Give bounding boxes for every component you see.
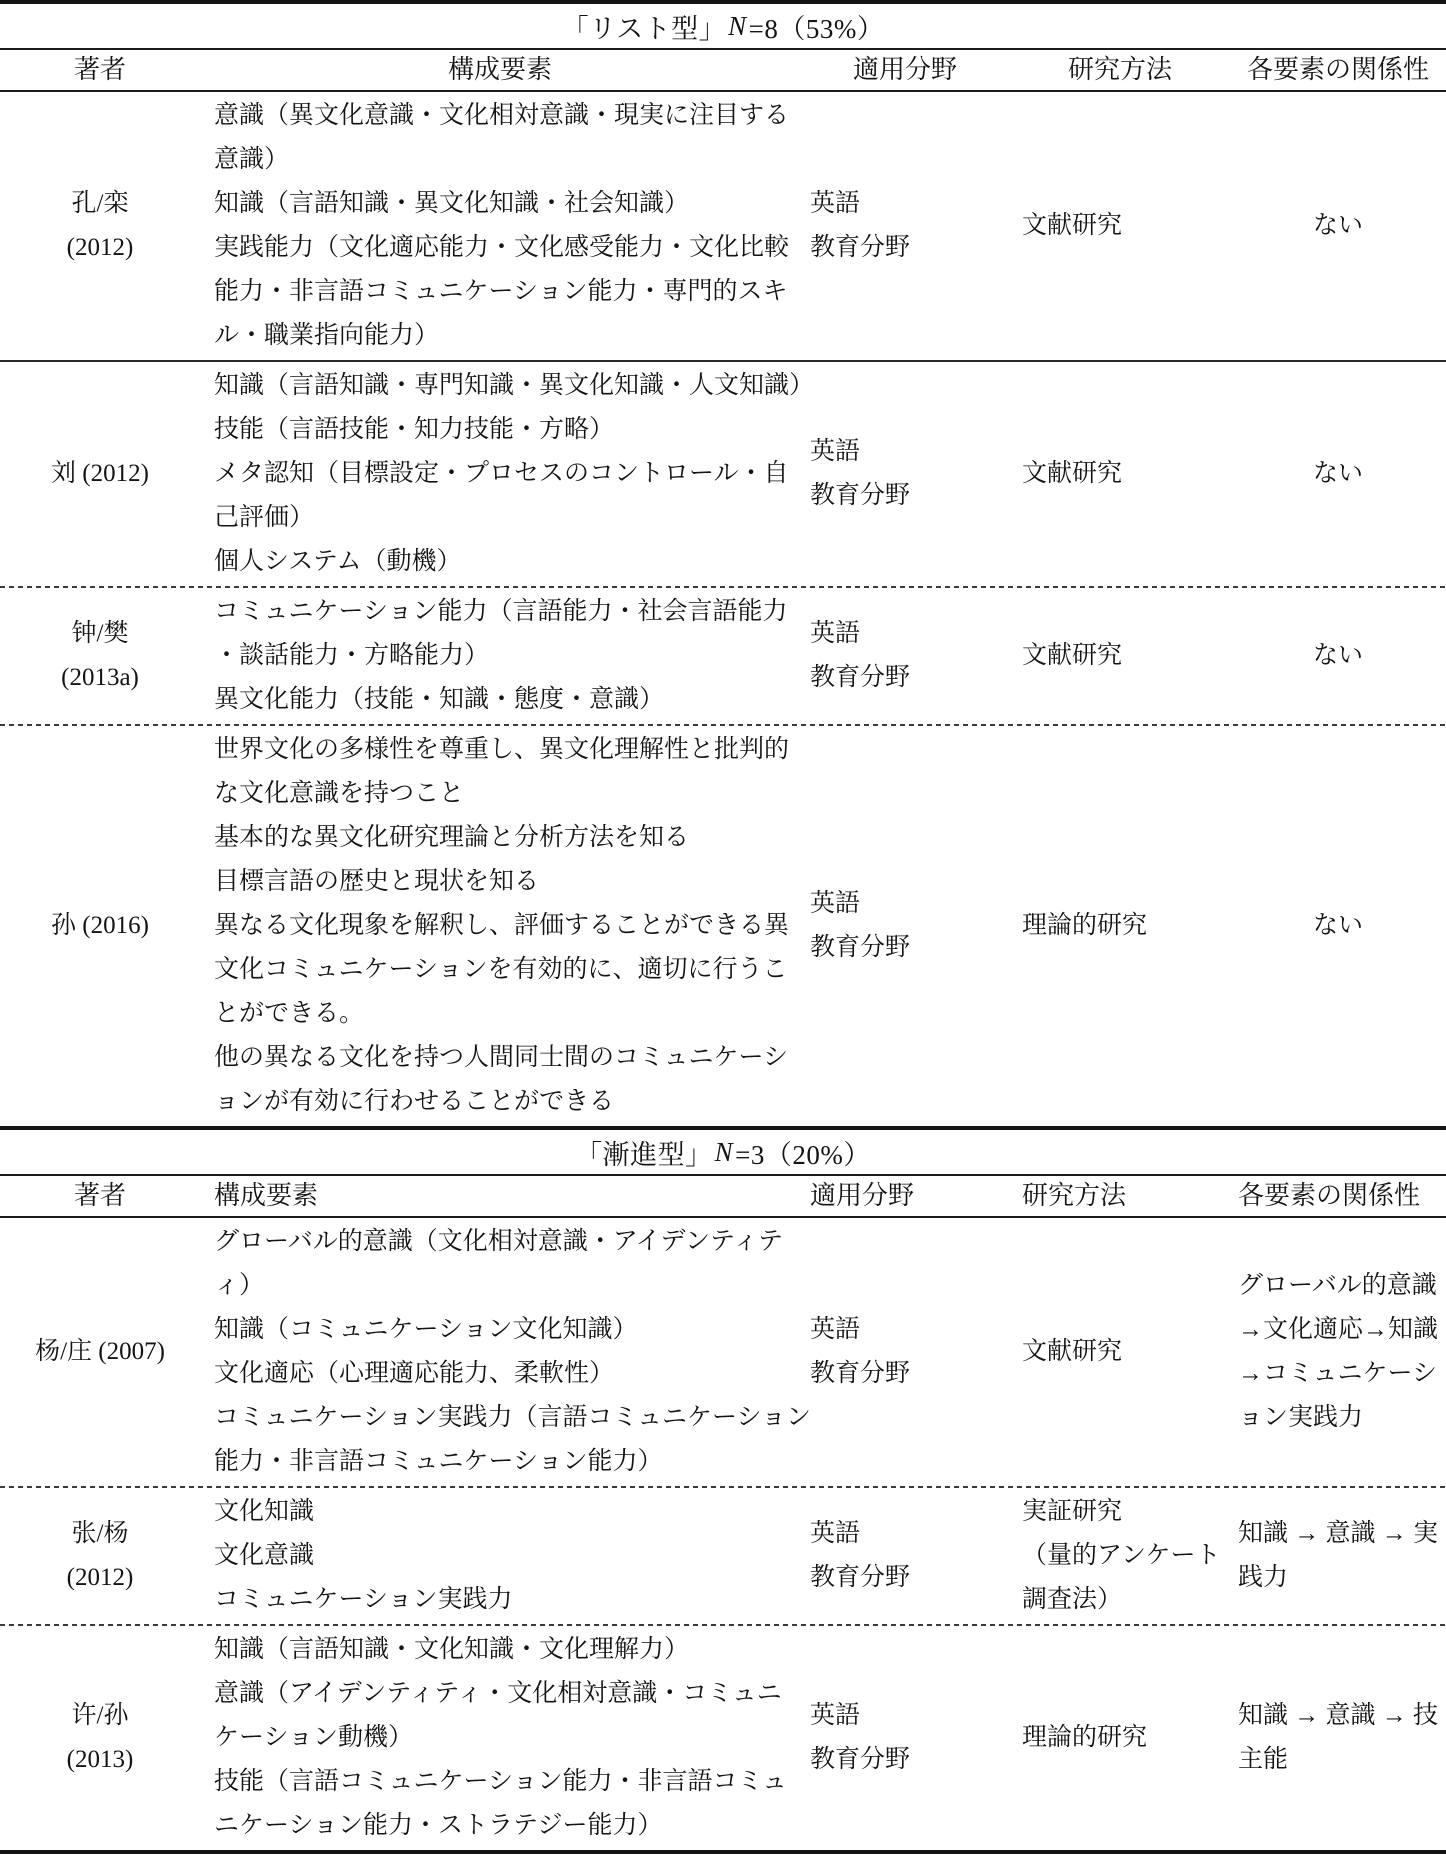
cell-line: ない <box>1230 634 1446 678</box>
cell-line: 英語 <box>810 182 1010 226</box>
cell-line: 文献研究 <box>1022 634 1230 678</box>
cell-line: 知識 → 意識 → 技 <box>1238 1694 1446 1738</box>
field-cell: 英語教育分野 <box>800 430 1010 518</box>
cell-line: 実証研究 <box>1022 1490 1230 1534</box>
cell-line: ・談話能力・方略能力） <box>214 634 800 678</box>
author-cell: 孔/栾(2012) <box>0 182 200 270</box>
components-cell: コミュニケーション能力（言語能力・社会言語能力・談話能力・方略能力）異文化能力（… <box>200 590 800 722</box>
cell-line: 理論的研究 <box>1022 1716 1230 1760</box>
cell-line: コミュニケーション実践力（言語コミュニケーション <box>214 1396 800 1440</box>
column-header: 研究方法 <box>1010 50 1230 90</box>
cell-line: ない <box>1230 904 1446 948</box>
column-header: 研究方法 <box>1010 1176 1230 1216</box>
cell-line: 教育分野 <box>810 1738 1010 1782</box>
author-cell: 刘 (2012) <box>0 452 200 496</box>
cell-line: ル・職業指向能力） <box>214 314 800 358</box>
table-row: 孔/栾(2012)意識（異文化意識・文化相対意識・現実に注目する意識）知識（言語… <box>0 92 1446 360</box>
cell-line: 孔/栾 <box>0 182 200 226</box>
cell-line: 孙 (2016) <box>0 904 200 948</box>
cell-line: 文化知識 <box>214 1490 800 1534</box>
cell-line: 文化適応（心理適応能力、柔軟性） <box>214 1352 800 1396</box>
cell-line: 技能（言語技能・知力技能・方略） <box>214 408 800 452</box>
cell-line: 個人システム（動機） <box>214 540 800 584</box>
method-cell: 実証研究（量的アンケート調査法） <box>1010 1490 1230 1622</box>
column-header: 適用分野 <box>800 50 1010 90</box>
section-title-bracket: 「漸進型」 <box>575 1133 713 1172</box>
cell-line: （量的アンケート <box>1022 1534 1230 1578</box>
cell-line: コミュニケーション能力（言語能力・社会言語能力 <box>214 590 800 634</box>
cell-line: グローバル的意識 <box>1238 1264 1446 1308</box>
cell-line: 英語 <box>810 1308 1010 1352</box>
cell-line: 英語 <box>810 430 1010 474</box>
author-cell: 孙 (2016) <box>0 904 200 948</box>
column-header: 各要素の関係性 <box>1230 1176 1446 1216</box>
cell-line: (2013a) <box>0 656 200 700</box>
relation-cell: ない <box>1230 452 1446 496</box>
cell-line: 教育分野 <box>810 1556 1010 1600</box>
cell-line: ィ） <box>214 1264 800 1308</box>
column-header-row: 著者構成要素適用分野研究方法各要素の関係性 <box>0 50 1446 90</box>
relation-cell: ない <box>1230 904 1446 948</box>
cell-line: 教育分野 <box>810 926 1010 970</box>
cell-line: 調査法） <box>1022 1578 1230 1622</box>
cell-line: (2012) <box>0 1556 200 1600</box>
table-bottom-rule <box>0 1850 1446 1854</box>
cell-line: 目標言語の歴史と現状を知る <box>214 860 800 904</box>
cell-line: 知識（言語知識・異文化知識・社会知識） <box>214 182 800 226</box>
column-header: 適用分野 <box>800 1176 1010 1216</box>
cell-line: 基本的な異文化研究理論と分析方法を知る <box>214 816 800 860</box>
components-cell: 知識（言語知識・文化知識・文化理解力）意識（アイデンティティ・文化相対意識・コミ… <box>200 1628 800 1848</box>
cell-line: 英語 <box>810 612 1010 656</box>
relation-cell: 知識 → 意識 → 実践力 <box>1230 1512 1446 1600</box>
cell-line: 実践能力（文化適応能力・文化感受能力・文化比較 <box>214 226 800 270</box>
cell-line: 知識（コミュニケーション文化知識） <box>214 1308 800 1352</box>
cell-line: 英語 <box>810 1512 1010 1556</box>
section-title: 「漸進型」N=3（20%） <box>0 1130 1446 1174</box>
cell-line: メタ認知（目標設定・プロセスのコントロール・自 <box>214 452 800 496</box>
table-row: 张/杨(2012)文化知識文化意識コミュニケーション実践力英語教育分野実証研究（… <box>0 1488 1446 1624</box>
field-cell: 英語教育分野 <box>800 882 1010 970</box>
column-header: 構成要素 <box>200 50 800 90</box>
section-title: 「リスト型」N=8（53%） <box>0 4 1446 48</box>
author-cell: 钟/樊(2013a) <box>0 612 200 700</box>
author-cell: 杨/庄 (2007) <box>0 1330 200 1374</box>
cell-line: 文化コミュニケーションを有効的に、適切に行うこ <box>214 948 800 992</box>
cell-line: 张/杨 <box>0 1512 200 1556</box>
cell-line: 杨/庄 (2007) <box>0 1330 200 1374</box>
cell-line: 異なる文化現象を解釈し、評価することができる異 <box>214 904 800 948</box>
cell-line: 己評価） <box>214 496 800 540</box>
method-cell: 理論的研究 <box>1010 1716 1230 1760</box>
cell-line: ョンが有効に行わせることができる <box>214 1080 800 1124</box>
cell-line: 教育分野 <box>810 474 1010 518</box>
cell-line: コミュニケーション実践力 <box>214 1578 800 1622</box>
table-row: 许/孙(2013)知識（言語知識・文化知識・文化理解力）意識（アイデンティティ・… <box>0 1626 1446 1850</box>
cell-line: 文化意識 <box>214 1534 800 1578</box>
field-cell: 英語教育分野 <box>800 1512 1010 1600</box>
components-cell: 文化知識文化意識コミュニケーション実践力 <box>200 1490 800 1622</box>
table-row: 刘 (2012)知識（言語知識・専門知識・異文化知識・人文知識）技能（言語技能・… <box>0 362 1446 586</box>
cell-line: 英語 <box>810 882 1010 926</box>
field-cell: 英語教育分野 <box>800 182 1010 270</box>
section-title-count: =8（53%） <box>749 7 885 46</box>
cell-line: 意識（アイデンティティ・文化相対意識・コミュニ <box>214 1672 800 1716</box>
cell-line: 知識（言語知識・文化知識・文化理解力） <box>214 1628 800 1672</box>
table-row: 杨/庄 (2007)グローバル的意識（文化相対意識・アイデンティティ）知識（コミ… <box>0 1218 1446 1486</box>
field-cell: 英語教育分野 <box>800 1694 1010 1782</box>
column-header: 著者 <box>0 50 200 90</box>
column-header: 著者 <box>0 1176 200 1216</box>
cell-line: (2012) <box>0 226 200 270</box>
cell-line: 教育分野 <box>810 656 1010 700</box>
author-cell: 许/孙(2013) <box>0 1694 200 1782</box>
cell-line: ない <box>1230 204 1446 248</box>
section-title-n-variable: N <box>713 1137 736 1168</box>
relation-cell: グローバル的意識→文化適応→知識→コミュニケーション実践力 <box>1230 1264 1446 1440</box>
method-cell: 文献研究 <box>1010 1330 1230 1374</box>
cell-line: 钟/樊 <box>0 612 200 656</box>
cell-line: (2013) <box>0 1738 200 1782</box>
cell-line: ニケーション能力・ストラテジー能力） <box>214 1804 800 1848</box>
cell-line: 英語 <box>810 1694 1010 1738</box>
section-title-count: =3（20%） <box>735 1133 871 1172</box>
cell-line: ョン実践力 <box>1238 1396 1446 1440</box>
components-cell: 意識（異文化意識・文化相対意識・現実に注目する意識）知識（言語知識・異文化知識・… <box>200 94 800 358</box>
cell-line: 许/孙 <box>0 1694 200 1738</box>
classification-table: 「リスト型」N=8（53%）著者構成要素適用分野研究方法各要素の関係性孔/栾(2… <box>0 0 1446 1854</box>
table-row: 孙 (2016)世界文化の多様性を尊重し、異文化理解性と批判的な文化意識を持つこ… <box>0 726 1446 1126</box>
cell-line: 文献研究 <box>1022 452 1230 496</box>
components-cell: グローバル的意識（文化相対意識・アイデンティティ）知識（コミュニケーション文化知… <box>200 1220 800 1484</box>
cell-line: 他の異なる文化を持つ人間同士間のコミュニケーシ <box>214 1036 800 1080</box>
cell-line: グローバル的意識（文化相対意識・アイデンティテ <box>214 1220 800 1264</box>
method-cell: 文献研究 <box>1010 634 1230 678</box>
column-header: 構成要素 <box>200 1176 800 1216</box>
author-cell: 张/杨(2012) <box>0 1512 200 1600</box>
cell-line: 意識） <box>214 138 800 182</box>
cell-line: 知識（言語知識・専門知識・異文化知識・人文知識） <box>214 364 800 408</box>
cell-line: 技能（言語コミュニケーション能力・非言語コミュ <box>214 1760 800 1804</box>
cell-line: 刘 (2012) <box>0 452 200 496</box>
section-title-bracket: 「リスト型」 <box>562 7 726 46</box>
cell-line: 知識 → 意識 → 実 <box>1238 1512 1446 1556</box>
cell-line: →文化適応→知識 <box>1238 1308 1446 1352</box>
cell-line: ない <box>1230 452 1446 496</box>
cell-line: →コミュニケーシ <box>1238 1352 1446 1396</box>
components-cell: 知識（言語知識・専門知識・異文化知識・人文知識）技能（言語技能・知力技能・方略）… <box>200 364 800 584</box>
cell-line: とができる。 <box>214 992 800 1036</box>
cell-line: 教育分野 <box>810 226 1010 270</box>
cell-line: 異文化能力（技能・知識・態度・意識） <box>214 678 800 722</box>
cell-line: 教育分野 <box>810 1352 1010 1396</box>
cell-line: ケーション動機） <box>214 1716 800 1760</box>
relation-cell: ない <box>1230 634 1446 678</box>
method-cell: 文献研究 <box>1010 452 1230 496</box>
field-cell: 英語教育分野 <box>800 1308 1010 1396</box>
cell-line: 文献研究 <box>1022 1330 1230 1374</box>
cell-line: 文献研究 <box>1022 204 1230 248</box>
cell-line: 主能 <box>1238 1738 1446 1782</box>
relation-cell: 知識 → 意識 → 技主能 <box>1230 1694 1446 1782</box>
table-row: 钟/樊(2013a)コミュニケーション能力（言語能力・社会言語能力・談話能力・方… <box>0 588 1446 724</box>
column-header: 各要素の関係性 <box>1230 50 1446 90</box>
components-cell: 世界文化の多様性を尊重し、異文化理解性と批判的な文化意識を持つこと基本的な異文化… <box>200 728 800 1124</box>
field-cell: 英語教育分野 <box>800 612 1010 700</box>
column-header-row: 著者構成要素適用分野研究方法各要素の関係性 <box>0 1176 1446 1216</box>
cell-line: な文化意識を持つこと <box>214 772 800 816</box>
cell-line: 理論的研究 <box>1022 904 1230 948</box>
method-cell: 理論的研究 <box>1010 904 1230 948</box>
document-page: 「リスト型」N=8（53%）著者構成要素適用分野研究方法各要素の関係性孔/栾(2… <box>0 0 1446 1854</box>
relation-cell: ない <box>1230 204 1446 248</box>
cell-line: 意識（異文化意識・文化相対意識・現実に注目する <box>214 94 800 138</box>
cell-line: 能力・非言語コミュニケーション能力・専門的スキ <box>214 270 800 314</box>
section-title-n-variable: N <box>726 11 749 42</box>
method-cell: 文献研究 <box>1010 204 1230 248</box>
cell-line: 践力 <box>1238 1556 1446 1600</box>
cell-line: 世界文化の多様性を尊重し、異文化理解性と批判的 <box>214 728 800 772</box>
cell-line: 能力・非言語コミュニケーション能力） <box>214 1440 800 1484</box>
